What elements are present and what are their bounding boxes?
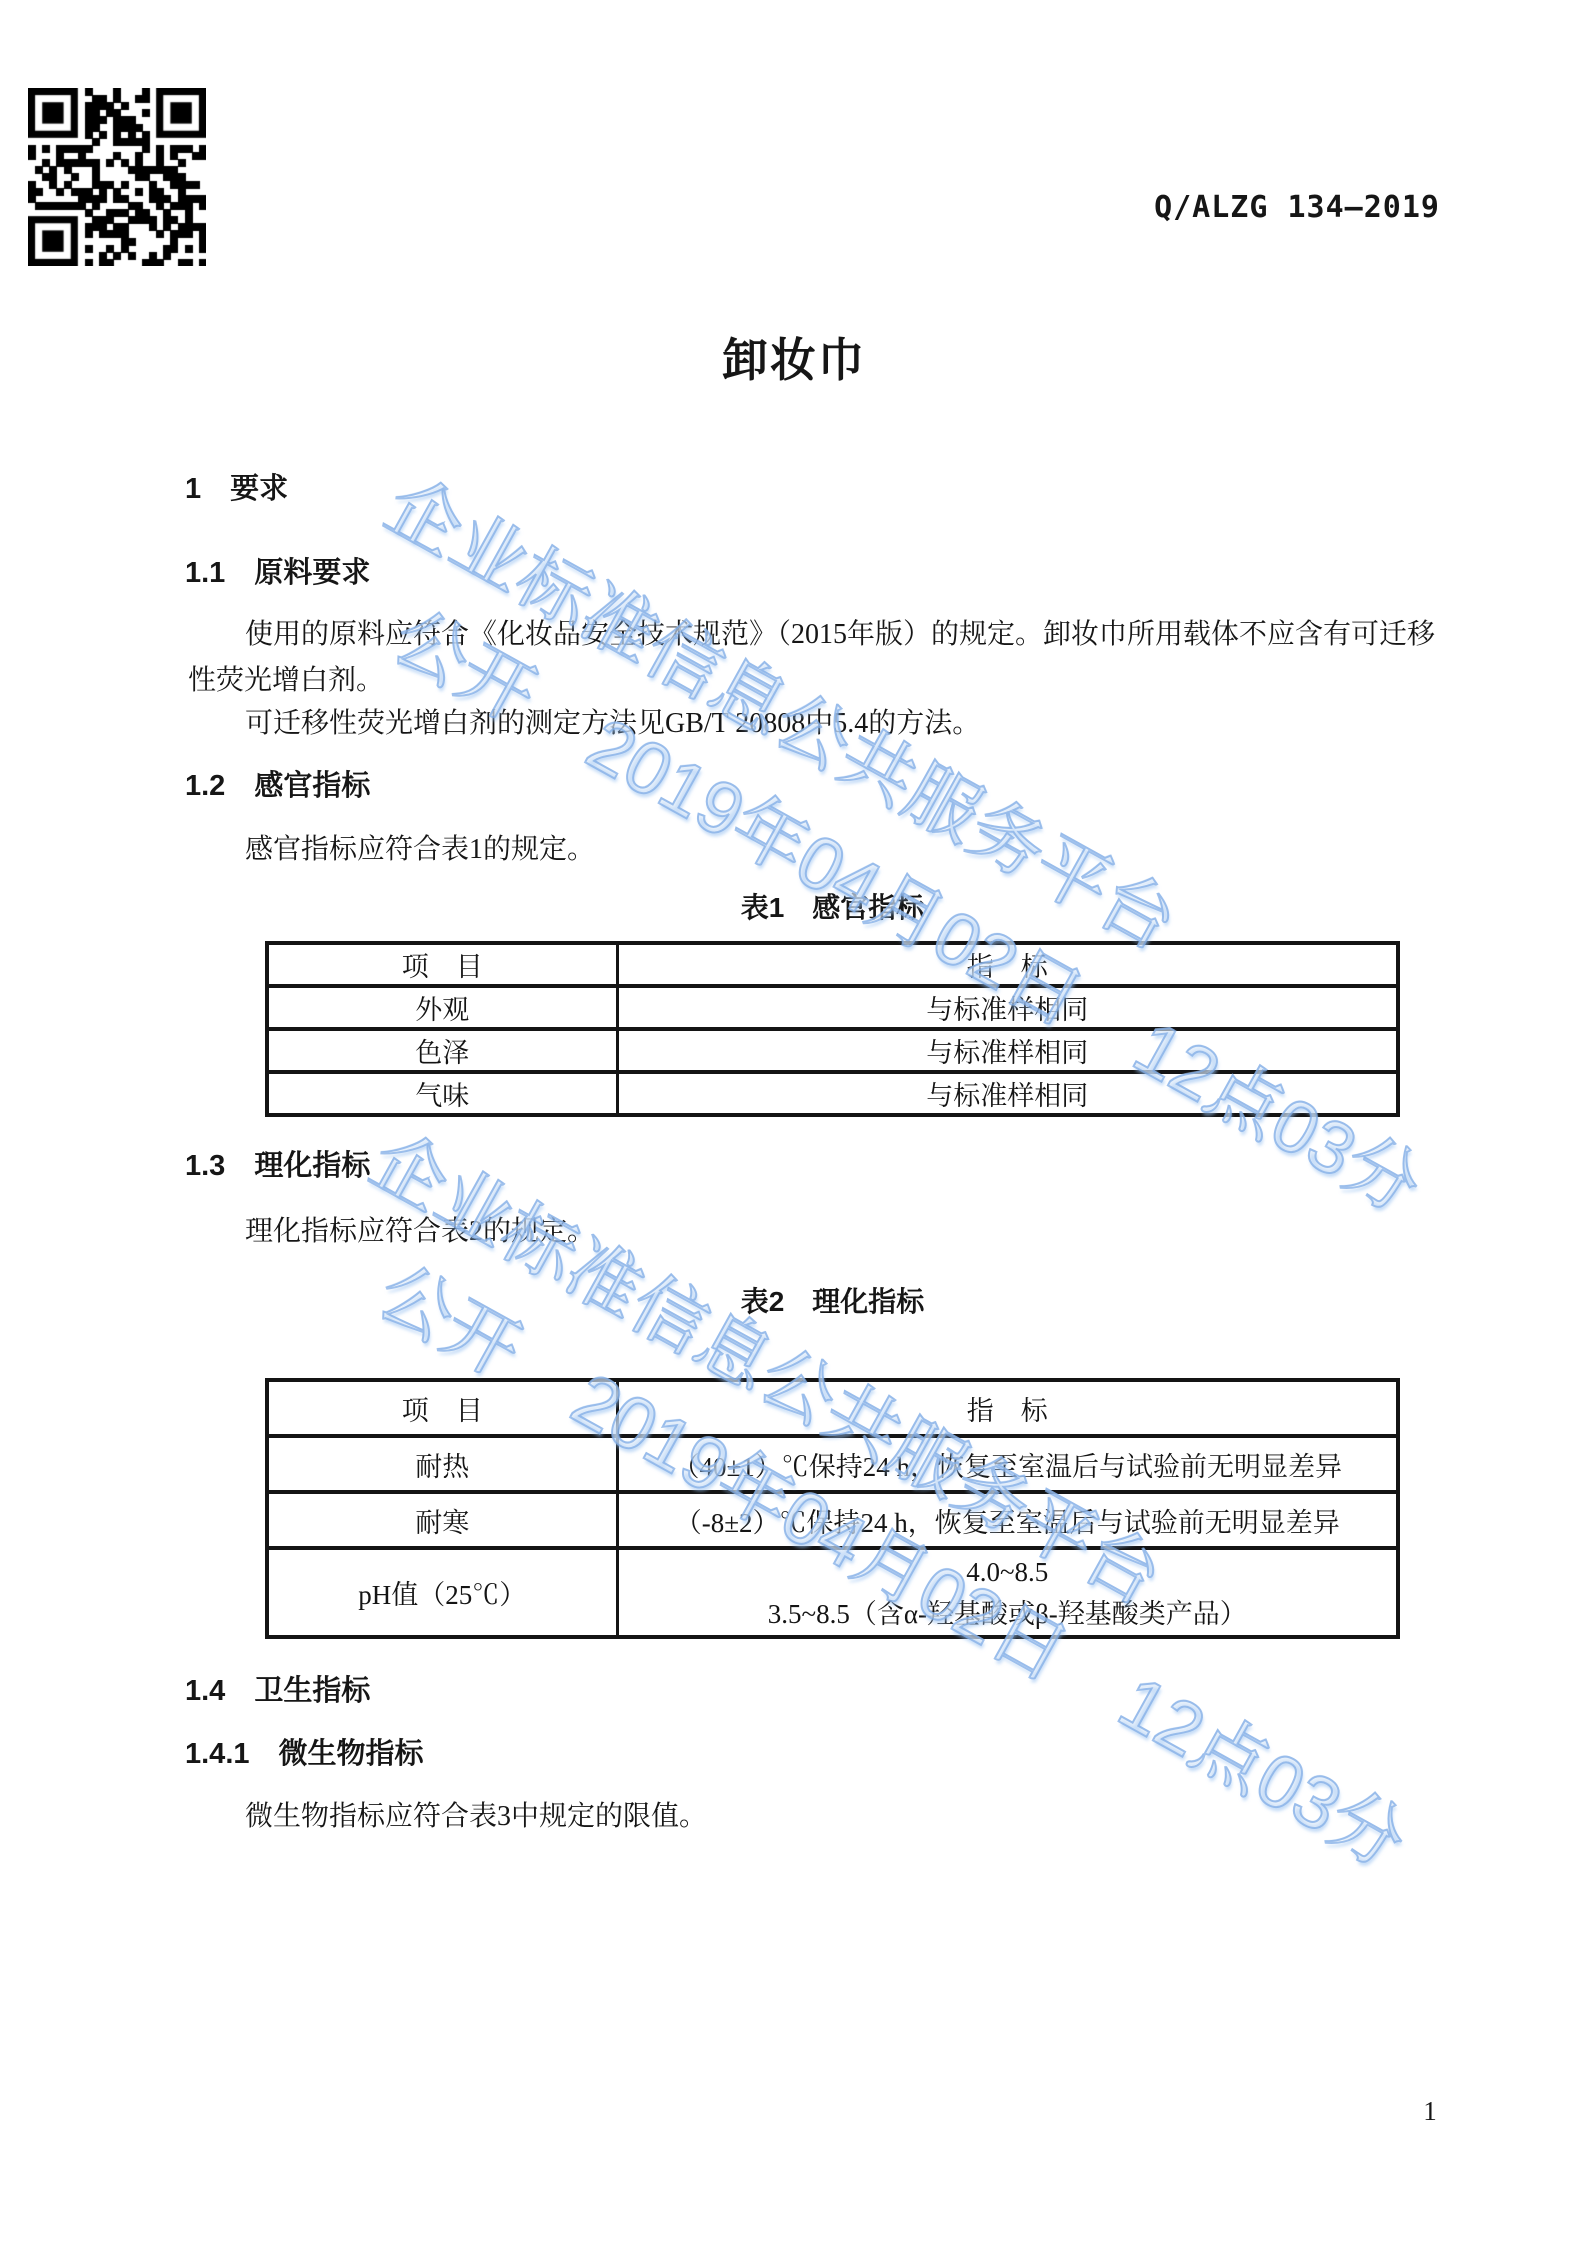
table-sensory-indicators: 项 目 指 标 外观 与标准样相同 色泽 与标准样相同 气味 与标准样相同 bbox=[265, 941, 1400, 1117]
heading-1-1-raw-material: 1.1 原料要求 bbox=[185, 556, 370, 590]
table-row: 色泽 与标准样相同 bbox=[267, 1029, 1398, 1072]
paragraph-physchem: 理化指标应符合表2的规定。 bbox=[188, 1209, 1497, 1255]
cell-item: pH值（25℃） bbox=[267, 1548, 617, 1637]
cell-value: 与标准样相同 bbox=[617, 986, 1398, 1029]
cell-value: （40±1）℃保持24 h，恢复至室温后与试验前无明显差异 bbox=[617, 1436, 1398, 1492]
table-header-row: 项 目 指 标 bbox=[267, 1380, 1398, 1436]
table-header-row: 项 目 指 标 bbox=[267, 943, 1398, 986]
paragraph-line: 使用的原料应符合《化妆品安全技术规范》（2015年版）的规定。卸妆巾所用载体不应… bbox=[188, 612, 1440, 658]
heading-1-requirements: 1 要求 bbox=[185, 472, 288, 506]
table1-caption: 表1 感官指标 bbox=[265, 886, 1400, 926]
document-title: 卸妆巾 bbox=[0, 324, 1588, 390]
heading-1-4-hygiene: 1.4 卫生指标 bbox=[185, 1674, 370, 1708]
cell-item: 耐热 bbox=[267, 1436, 617, 1492]
table-row: 外观 与标准样相同 bbox=[267, 986, 1398, 1029]
table-header-item: 项 目 bbox=[267, 1380, 617, 1436]
ph-range-general: 4.0~8.5 bbox=[619, 1551, 1397, 1593]
table-row: 气味 与标准样相同 bbox=[267, 1072, 1398, 1115]
table-header-indicator: 指 标 bbox=[617, 1380, 1398, 1436]
standard-number: Q/ALZG 134—2019 bbox=[995, 190, 1440, 225]
cell-item: 色泽 bbox=[267, 1029, 617, 1072]
table-row: 耐热 （40±1）℃保持24 h，恢复至室温后与试验前无明显差异 bbox=[267, 1436, 1398, 1492]
heading-1-2-sensory: 1.2 感官指标 bbox=[185, 769, 370, 803]
document-page: 企业标准信息公共服务平台 公开 2019年04月02日 12点03分 企业标准信… bbox=[0, 0, 1588, 2245]
heading-1-4-1-microbio: 1.4.1 微生物指标 bbox=[185, 1737, 424, 1771]
table-physchem-indicators: 项 目 指 标 耐热 （40±1）℃保持24 h，恢复至室温后与试验前无明显差异… bbox=[265, 1378, 1400, 1639]
heading-1-3-physchem: 1.3 理化指标 bbox=[185, 1149, 370, 1183]
table-row: 耐寒 （-8±2）℃保持24 h，恢复至室温后与试验前无明显差异 bbox=[267, 1492, 1398, 1548]
qr-code bbox=[28, 88, 206, 266]
table-row: pH值（25℃） 4.0~8.5 3.5~8.5（含α-羟基酸或β-羟基酸类产品… bbox=[267, 1548, 1398, 1637]
table-header-item: 项 目 bbox=[267, 943, 617, 986]
paragraph-sensory: 感官指标应符合表1的规定。 bbox=[188, 827, 1497, 873]
paragraph-fluorescent-method: 可迁移性荧光增白剂的测定方法见GB/T 20808中5.4的方法。 bbox=[188, 701, 1497, 747]
cell-value: 与标准样相同 bbox=[617, 1072, 1398, 1115]
cell-item: 耐寒 bbox=[267, 1492, 617, 1548]
cell-value: 与标准样相同 bbox=[617, 1029, 1398, 1072]
cell-item: 气味 bbox=[267, 1072, 617, 1115]
ph-range-acid-products: 3.5~8.5（含α-羟基酸或β-羟基酸类产品） bbox=[619, 1593, 1397, 1635]
table-header-indicator: 指 标 bbox=[617, 943, 1398, 986]
paragraph-raw-material: 使用的原料应符合《化妆品安全技术规范》（2015年版）的规定。卸妆巾所用载体不应… bbox=[188, 612, 1440, 704]
page-number: 1 bbox=[1415, 2096, 1445, 2127]
paragraph-microbio: 微生物指标应符合表3中规定的限值。 bbox=[188, 1794, 1497, 1840]
table2-caption: 表2 理化指标 bbox=[265, 1280, 1400, 1320]
cell-item: 外观 bbox=[267, 986, 617, 1029]
cell-value: （-8±2）℃保持24 h，恢复至室温后与试验前无明显差异 bbox=[617, 1492, 1398, 1548]
paragraph-line: 性荧光增白剂。 bbox=[188, 658, 1440, 704]
cell-value: 4.0~8.5 3.5~8.5（含α-羟基酸或β-羟基酸类产品） bbox=[617, 1548, 1398, 1637]
